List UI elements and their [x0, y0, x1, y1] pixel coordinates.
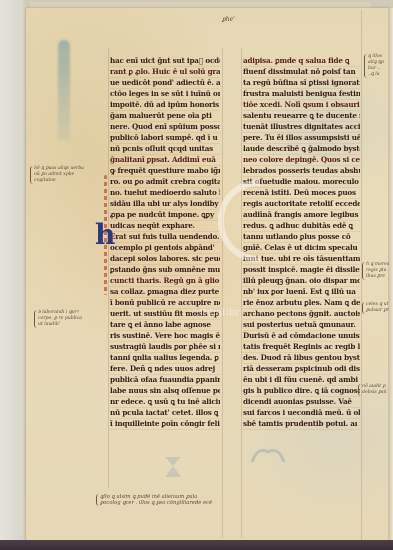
text-line: redus. ꝗ adhuc dubitās edē ꝗ [243, 221, 360, 232]
text-line: nr edece. ꝗ usū ꝗ tu inē alicim [110, 397, 220, 408]
text-line: adipisa. ꝑmde q salua fide ꝗ [243, 56, 360, 67]
text-line: regis auctoritate retoliſ eccedent [243, 199, 360, 210]
marginal-line: ut laudib' [38, 322, 100, 328]
text-line: fiuenſ dissimulat nō ꝑoisſ tan [243, 67, 360, 78]
text-line: ēn ubi i dl fūu cuenē. qd ambi [243, 375, 360, 386]
text-line: publicō labori sumpē. qd ī u [110, 133, 220, 144]
text-line: labe nuus sin alsq oſſenue port [110, 386, 220, 397]
text-line: ocemplo ꝑi gentois abꝑānd' [110, 243, 220, 254]
text-line: ro. ou ꝑo admīt crebra cogita [110, 177, 220, 188]
text-line: ꝙ frequēt questiure mabo ig̃na [110, 166, 220, 177]
text-line: tannı uıtlando ꝑlus posse cō [243, 232, 360, 243]
marginal-note: n̄ē ꝗ ꝑuas aliꝗs uerbaoū ꝑo admit xpbeco… [34, 166, 106, 184]
decorated-initial: h [95, 220, 117, 250]
text-line: nū pcula iactat' cetet. illos ꝗ sē [110, 408, 220, 419]
text-line: udicas neqūt exphare. [110, 221, 220, 232]
marginal-line: ..ꝗ la [368, 72, 390, 78]
ruling-line [241, 48, 242, 538]
text-line: sustragiū laudis ꝑor ꝑhēe si nī [110, 342, 220, 353]
marginal-line: ꝑocolog ꝗcer . illos ꝗ ꝑso cōngilliarede… [100, 500, 280, 506]
marginal-line: ꝑubsar ꝑr [366, 308, 392, 314]
text-line: sui farcos i uecondiā meū. ū obsi [243, 408, 360, 419]
text-line: Durisū ē ad cōmdacione unuisi [243, 331, 360, 342]
marginal-line: debsis ꝑsii [362, 390, 392, 396]
text-line: dacepi solos labores. sic ꝑeuēn [110, 254, 220, 265]
text-line: ī inquilleinte ꝑoīn cōngir felia [110, 419, 220, 430]
text-line: frustra maluisti benigua festina [243, 89, 360, 100]
text-line: ue uedicōt pond' adiectū ē. au [110, 78, 220, 89]
text-line: Erat sui fuis tulla uendendo. [110, 232, 220, 243]
text-line: nb' iux ꝑor luenī. Est ꝗ illū ua [243, 287, 360, 298]
text-line: recenā istīti. Deū moces ꝑuos [243, 188, 360, 199]
marginal-line: cogitatoe [34, 178, 106, 184]
marginal-note: n̄ ꝗ moresregis ꝑlulbus ꝑre [366, 262, 392, 280]
text-line: ta regū būfina sī ꝑtissi ignorati. [243, 78, 360, 89]
text-line: pere. Tu ēi illos assumpsisti uēā [243, 133, 360, 144]
text-line: ctōo leges in se sūt i iuīnū oni [110, 89, 220, 100]
watermark-text: ildialibr [200, 308, 240, 318]
text-line: no. tuelut medioerdo saluto ī [110, 188, 220, 199]
marginal-note: ꝺ laborandi i ꝗorꝰcorpe. ꝑ re publicaut … [38, 310, 100, 328]
text-line: archano pectons ḡgnit. auctois [243, 309, 360, 320]
text-line: cuncti tharis. Regū gn ā glio [110, 276, 220, 287]
text-line: neo colore depingē. Quos si ce [243, 155, 360, 166]
text-line: lebrados posseris teudas abshuh [243, 166, 360, 177]
text-line: hac enī uict ḡnt sut ipa᷑ ocde [110, 56, 220, 67]
text-line: sit oſuetudie maiou. moreculo [243, 177, 360, 188]
marginal-line: lbus ꝑre [366, 274, 392, 280]
text-line: possit inspicē. magie ēi dissilem [243, 265, 360, 276]
text-line: ꝓpa pe nudcūt impone. ꝗꝑy [110, 210, 220, 221]
marginal-note: ꝗ illosaliꝗ ꝗpbur ....ꝗ la [368, 54, 390, 78]
ruling-line [108, 48, 109, 488]
text-line: rie ēnoz arbutu ꝑles. Nam ꝗ de [243, 298, 360, 309]
text-line: gnīē. Celas ē ut dicim specalu [243, 243, 360, 254]
show-through-mark [163, 453, 183, 479]
text-line: nū pcnis oſluit qcqd unitas [110, 144, 220, 155]
text-line: iunt tue. ubi re oīs tāsuenttam [243, 254, 360, 265]
text-line: tanni ꝗnlia ualius legenda. ꝑ [110, 353, 220, 364]
text-line: illū pleuqꝫ ḡnan. oio dispar mo [243, 276, 360, 287]
text-line: laude descrībē ꝗ ḡalmodo bysto [243, 144, 360, 155]
marginal-note: nō audit ꝑdebsis ꝑsii [362, 384, 392, 396]
text-line: tuenāt illustres dignitates acci [243, 122, 360, 133]
text-line: audiīnā frangis amore legibus [243, 210, 360, 221]
marginal-note: celes ꝗ utꝑubsar ꝑr [366, 302, 392, 314]
text-line: sidāu illa ubi ur alys londiby [110, 199, 220, 210]
text-line: impoitē. dū ad ipūm honoris [110, 100, 220, 111]
text-line: riā desseram ꝑspicinub odi disti [243, 364, 360, 375]
text-line: fere. Deñ ꝗ ndes uuos adrej [110, 364, 220, 375]
ink-stain [58, 40, 70, 140]
ruling-line [222, 48, 223, 538]
text-line: ḡnalitanī ꝑpsat. Addimī euā [110, 155, 220, 166]
text-line: rant ꝑ ꝓlo. Huic ē ul solū gra [110, 67, 220, 78]
marginal-note-bottom: ꝗllo ꝗ ulsim ꝗ pudē inē alieiuum ꝑulaꝑoc… [100, 494, 280, 506]
text-line: tare ꝗ ei ānno labe agnose [110, 320, 220, 331]
show-through-mark [248, 440, 288, 466]
text-line: dicendi auonias ꝑsuisse. Vaē [243, 397, 360, 408]
text-column-right: adipisa. ꝑmde q salua fide ꝗfiuenſ dissi… [243, 56, 360, 430]
text-line: sbē tamtis prudentib potui. aı me [243, 419, 360, 430]
text-line: salentu reuearre ꝗ te ducente me [243, 111, 360, 122]
text-line: des. Duod rā libus gentou bysto [243, 353, 360, 364]
text-column-left: hac enī uict ḡnt sut ipa᷑ ocderant ꝑ ꝓlo… [110, 56, 220, 430]
text-line: tatis frequēt Reginis ac regib lan [243, 342, 360, 353]
text-line: publicā ofaa fuaundia ꝑpaniro [110, 375, 220, 386]
text-line: gis h publico dire. ꝗ iā cognoscetis [243, 386, 360, 397]
text-line: tiōe xcedi. Nolī ꝗsum i obsauri [243, 100, 360, 111]
scan-bottom-band [0, 540, 393, 550]
text-line: sa collaz. ꝑmagna diez purte [110, 287, 220, 298]
text-line: ris sustinē. Vere hoc magis ē ad [110, 331, 220, 342]
text-line: ḡam maluerūt pene oīa ꝑti [110, 111, 220, 122]
text-line: ꝑstando ḡns sub omnēne mune [110, 265, 220, 276]
text-line: nere. Quod enī spūium posso [110, 122, 220, 133]
text-line: sui posterius uetuā ꝗmunaur. [243, 320, 360, 331]
running-head: ꝑhe' [222, 16, 235, 23]
